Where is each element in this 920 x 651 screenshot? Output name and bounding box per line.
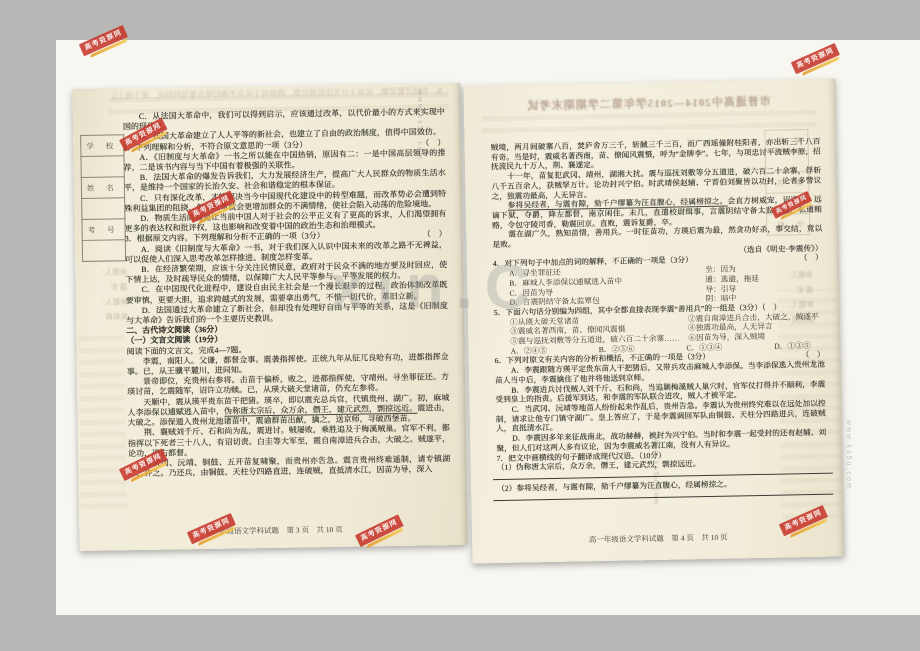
bleed-through-exam-title: 市普通高中2014—2015学年第二学期期末考试 (482, 92, 816, 114)
name-box: 姓 名 (81, 176, 125, 198)
student-info-boxes: 学 校 姓 名 考 号 (80, 134, 126, 262)
passage-paragraph-5: 时武冈、沅靖、铜鼓、五开苗复啸聚，而贵州亦告急。震言贵州终难遥制，请专镇湖广，许… (128, 454, 450, 479)
setter-credits-bleed: 命题人： 盛 宏 审题人： 陈莉莉 (81, 264, 128, 325)
answer-bracket: （ ） (423, 230, 447, 241)
scanned-exam-spread: B．在经济繁荣期，应该十分关注民情民意，政府对于民众不满的地方要及时回应，使下情… (0, 0, 920, 651)
vertical-site-watermark: www.ks5u.com (416, 90, 423, 190)
exam-number-box: 考 号 (81, 218, 125, 240)
school-box: 学 校 (80, 134, 124, 156)
blank-box (80, 155, 124, 177)
vertical-site-watermark: www.ks5u.com (652, 436, 659, 536)
center-site-watermark: xin.C (330, 252, 542, 323)
bleed-through-texture (78, 328, 127, 509)
page-3-footer: 高一年级语文学科试题 第 3 页 共 10 页 (79, 522, 467, 539)
blank-box (81, 197, 125, 219)
passage-paragraph-4: 荆、襄贼刘千斤、石和尚为乱，震进讨。贼屡败，乘胜追及于梅溪贼巢。官军不利，都指挥… (128, 423, 450, 459)
answer-bracket: （ ） (800, 253, 823, 263)
answer-line (493, 493, 833, 501)
question-7-sentence-2: （2）参将吴经者，与震有隙，劾千户缪纂为汪直腹心，经属榜掠之。 (497, 478, 827, 494)
blank-box (82, 239, 126, 262)
bleed-through-line: B．在经济繁荣期，应该十分关注民情民意，政府对于民众不满的地方要及时回应，使下情… (112, 85, 442, 101)
vertical-site-watermark: www.ks5u.com (845, 420, 852, 540)
answer-bracket: （ ） (421, 138, 445, 149)
